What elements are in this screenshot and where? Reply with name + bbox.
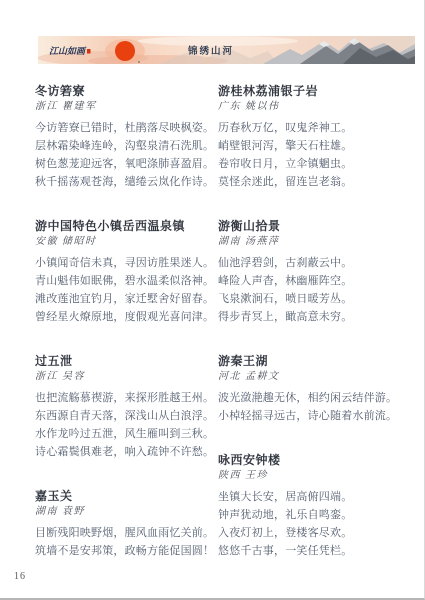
poem-line: 东西源自青天落，深浅山从白浪浮。 <box>35 407 218 425</box>
poem: 游中国特色小镇岳西温泉镇 安徽 储昭时 小镇闻奇信未真，寻因访胜果迷人。 青山魁… <box>35 220 218 326</box>
poem-line: 坐镇大长安，居高俯四端。 <box>218 488 414 506</box>
poem-line: 悠悠千古事，一笑任凭栏。 <box>218 542 414 560</box>
poem-line: 历春秋万亿，叹鬼斧神工。 <box>218 119 414 137</box>
book-page: 江山如画 锦绣山河 冬访箬寮 浙江 瞿建军 今访箬寮已错时，杜鹃落尽映枫姿。 层… <box>0 0 425 600</box>
poem-author: 浙江 吴容 <box>35 371 218 382</box>
poem-title: 冬访箬寮 <box>35 85 218 98</box>
page-number: 16 <box>14 571 26 582</box>
poem-title: 过五泄 <box>35 355 218 368</box>
poem: 冬访箬寮 浙江 瞿建军 今访箬寮已错时，杜鹃落尽映枫姿。 层林霜染峰连岭，沟壑泉… <box>35 85 218 191</box>
poem-line: 也把流觞慕禊游，来探形胜越王州。 <box>35 389 218 407</box>
seal-icon <box>87 49 91 54</box>
poem-author: 陕西 王珍 <box>218 470 414 481</box>
poem-line: 小棹轻摇寻远古，诗心随着水前流。 <box>218 407 414 425</box>
banner-calligraphy: 江山如画 <box>49 46 87 56</box>
poem: 过五泄 浙江 吴容 也把流觞慕禊游，来探形胜越王州。 东西源自青天落，深浅山从白… <box>35 355 218 461</box>
poem-line: 仙池浮碧剑，古刹蔽云中。 <box>218 254 414 272</box>
poem-title: 游中国特色小镇岳西温泉镇 <box>35 220 218 233</box>
poem-line: 诗心霜鬓俱难老，响入疏钟不许愁。 <box>35 443 218 461</box>
poem-line: 入夜灯初上，登楼客尽欢。 <box>218 524 414 542</box>
poem-line: 波光潋滟趣无休，相约闲云结伴游。 <box>218 389 414 407</box>
poem: 游桂林荔浦银子岩 广东 姚以伟 历春秋万亿，叹鬼斧神工。 峭壁银河泻，擎天石柱雄… <box>218 85 414 191</box>
poem: 游秦王湖 河北 孟耕文 波光潋滟趣无休，相约闲云结伴游。 小棹轻摇寻远古，诗心随… <box>218 355 414 425</box>
poem-line: 小镇闻奇信未真，寻因访胜果迷人。 <box>35 254 218 272</box>
poem-author: 湖南 袁野 <box>35 506 218 517</box>
poem-title: 咏西安钟楼 <box>218 454 414 467</box>
poem: 游衡山拾景 湖南 汤燕萍 仙池浮碧剑，古刹蔽云中。 峰险人声杳，林幽雁阵空。 飞… <box>218 220 414 326</box>
poem-line: 得步青冥上，瞰高意未穷。 <box>218 308 414 326</box>
poem-line: 青山魁伟如眠佛，碧水温柔似洛神。 <box>35 272 218 290</box>
poem-line: 树色葱茏迎远客，氧吧涤肺喜盈眉。 <box>35 155 218 173</box>
poem-line: 层林霜染峰连岭，沟壑泉清石洗肌。 <box>35 137 218 155</box>
poem-line: 秋千摇荡观苍海，缱绻云岚化作诗。 <box>35 173 218 191</box>
poem-columns: 冬访箬寮 浙江 瞿建军 今访箬寮已错时，杜鹃落尽映枫姿。 层林霜染峰连岭，沟壑泉… <box>35 85 414 589</box>
poem-author: 湖南 汤燕萍 <box>218 236 414 247</box>
poem-title: 嘉玉关 <box>35 490 218 503</box>
poem-author: 安徽 储昭时 <box>35 236 218 247</box>
poem-line: 筑墙不是安邦策，政畅方能促国圆！ <box>35 542 218 560</box>
poem: 嘉玉关 湖南 袁野 目断残阳映野烟，腥风血雨忆关前。 筑墙不是安邦策，政畅方能促… <box>35 490 218 560</box>
banner-painting: 江山如画 锦绣山河 <box>38 36 415 64</box>
poem-author: 河北 孟耕文 <box>218 371 414 382</box>
poem-title: 游桂林荔浦银子岩 <box>218 85 414 98</box>
poem-author: 广东 姚以伟 <box>218 101 414 112</box>
poem-title: 游秦王湖 <box>218 355 414 368</box>
poem-author: 浙江 瞿建军 <box>35 101 218 112</box>
poem-line: 滩改莲池宜钓月，家迁墅舍好留春。 <box>35 290 218 308</box>
cloud-shape <box>138 36 298 46</box>
poem-line: 卷帘收日月，立伞镇魍虫。 <box>218 155 414 173</box>
poem-line: 峭壁银河泻，擎天石柱雄。 <box>218 137 414 155</box>
poem-title: 游衡山拾景 <box>218 220 414 233</box>
banner-title: 锦绣山河 <box>187 45 234 57</box>
poem: 咏西安钟楼 陕西 王珍 坐镇大长安，居高俯四端。 钟声犹动地，礼乐自鸣銮。 入夜… <box>218 454 414 560</box>
poem-line: 水作龙吟过五泄，风生雁叫到三秋。 <box>35 425 218 443</box>
poem-line: 莫怪余迷此，留连岂老翁。 <box>218 173 414 191</box>
poem-line: 目断残阳映野烟，腥风血雨忆关前。 <box>35 524 218 542</box>
right-column: 游桂林荔浦银子岩 广东 姚以伟 历春秋万亿，叹鬼斧神工。 峭壁银河泻，擎天石柱雄… <box>218 85 414 589</box>
poem-line: 曾经星火燎原地，度假观光喜问津。 <box>35 308 218 326</box>
poem-line: 飞泉漱涧石，喷日暖芳丛。 <box>218 290 414 308</box>
poem-line: 峰险人声杳，林幽雁阵空。 <box>218 272 414 290</box>
bird-dot <box>138 61 140 63</box>
poem-line: 钟声犹动地，礼乐自鸣銮。 <box>218 506 414 524</box>
left-column: 冬访箬寮 浙江 瞿建军 今访箬寮已错时，杜鹃落尽映枫姿。 层林霜染峰连岭，沟壑泉… <box>35 85 218 589</box>
poem-line: 今访箬寮已错时，杜鹃落尽映枫姿。 <box>35 119 218 137</box>
sun-icon <box>115 41 135 61</box>
